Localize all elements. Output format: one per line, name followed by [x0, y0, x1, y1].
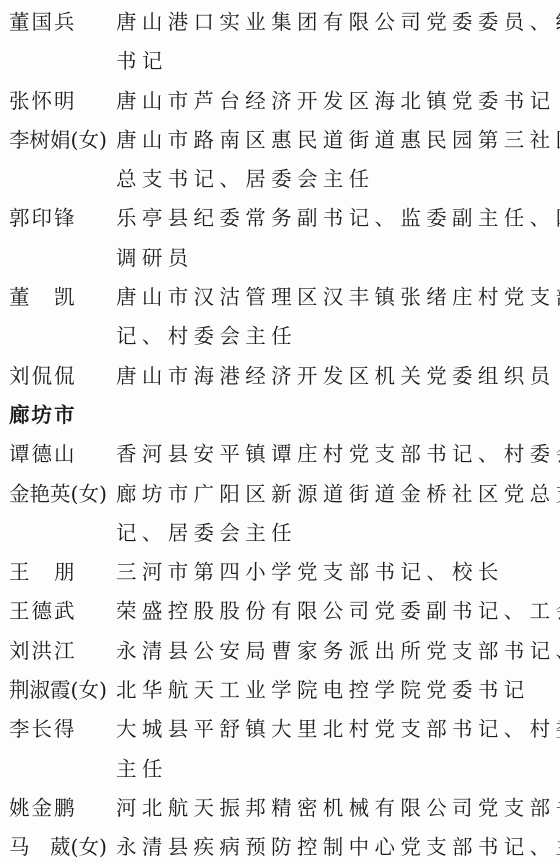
person-name: 刘洪江 — [9, 632, 77, 671]
entry-line-continued: 总支书记、居委会主任 — [0, 160, 560, 199]
person-name: 董国兵 — [9, 3, 77, 42]
person-title: 河北航天振邦精密机械有限公司党支部书记 — [116, 789, 560, 828]
person-name: 姚金鹏 — [9, 789, 77, 828]
person-name: 金艳英(女) — [9, 475, 107, 514]
person-title: 乐亭县纪委常务副书记、监委副主任、四级 — [116, 199, 560, 238]
person-title-continued: 主任 — [116, 750, 168, 789]
person-title: 唐山市海港经济开发区机关党委组织员 — [116, 357, 555, 396]
entry-line: 郭印锋 乐亭县纪委常务副书记、监委副主任、四级 — [0, 199, 560, 238]
entry-line-continued: 记、居委会主任 — [0, 514, 560, 553]
entry-line: 荆淑霞(女) 北华航天工业学院电控学院党委书记 — [0, 671, 560, 710]
entry-line-continued: 书记 — [0, 42, 560, 81]
person-title: 唐山市汉沽管理区汉丰镇张绪庄村党支部书 — [116, 278, 560, 317]
entry-line: 金艳英(女) 廊坊市广阳区新源道街道金桥社区党总支书 — [0, 475, 560, 514]
person-name: 张怀明 — [9, 82, 77, 121]
person-title: 荣盛控股股份有限公司党委副书记、工会主席 — [116, 592, 560, 631]
person-name: 王 朋 — [9, 553, 77, 592]
person-title-continued: 总支书记、居委会主任 — [116, 160, 375, 199]
person-name: 郭印锋 — [9, 199, 77, 238]
person-title-continued: 记、村委会主任 — [116, 317, 297, 356]
person-name: 马 葳(女) — [9, 828, 107, 864]
entry-line: 张怀明 唐山市芦台经济开发区海北镇党委书记 — [0, 82, 560, 121]
entry-line: 王德武 荣盛控股股份有限公司党委副书记、工会主席 — [0, 592, 560, 631]
person-title: 廊坊市广阳区新源道街道金桥社区党总支书 — [116, 475, 560, 514]
person-name: 刘侃侃 — [9, 357, 77, 396]
entry-line: 李树娟(女) 唐山市路南区惠民道街道惠民园第三社区党 — [0, 121, 560, 160]
person-name: 王德武 — [9, 592, 77, 631]
person-title: 唐山市芦台经济开发区海北镇党委书记 — [116, 82, 555, 121]
entry-line-continued: 主任 — [0, 750, 560, 789]
entry-line: 马 葳(女) 永清县疾病预防控制中心党支部书记、主任 — [0, 828, 560, 864]
person-title: 唐山市路南区惠民道街道惠民园第三社区党 — [116, 121, 560, 160]
section-heading: 廊坊市 — [9, 396, 77, 435]
entry-line: 刘侃侃 唐山市海港经济开发区机关党委组织员 — [0, 357, 560, 396]
entry-line: 姚金鹏 河北航天振邦精密机械有限公司党支部书记 — [0, 789, 560, 828]
entry-line: 董 凯 唐山市汉沽管理区汉丰镇张绪庄村党支部书 — [0, 278, 560, 317]
entry-line: 王 朋 三河市第四小学党支部书记、校长 — [0, 553, 560, 592]
entry-line: 李长得 大城县平舒镇大里北村党支部书记、村委会 — [0, 710, 560, 749]
person-title: 北华航天工业学院电控学院党委书记 — [116, 671, 530, 710]
person-name: 荆淑霞(女) — [9, 671, 107, 710]
person-title: 三河市第四小学党支部书记、校长 — [116, 553, 504, 592]
person-name: 李长得 — [9, 710, 77, 749]
person-name: 董 凯 — [9, 278, 77, 317]
person-title: 永清县公安局曹家务派出所党支部书记、所长 — [116, 632, 560, 671]
entry-line: 董国兵 唐山港口实业集团有限公司党委委员、纪委 — [0, 3, 560, 42]
entry-line: 谭德山 香河县安平镇谭庄村党支部书记、村委会主任 — [0, 435, 560, 474]
section-heading-line: 廊坊市 — [0, 396, 560, 435]
person-title-continued: 书记 — [116, 42, 168, 81]
entry-line: 刘洪江 永清县公安局曹家务派出所党支部书记、所长 — [0, 632, 560, 671]
person-name: 谭德山 — [9, 435, 77, 474]
person-title-continued: 记、居委会主任 — [116, 514, 297, 553]
person-title-continued: 调研员 — [116, 239, 194, 278]
person-title: 永清县疾病预防控制中心党支部书记、主任 — [116, 828, 560, 864]
person-title: 大城县平舒镇大里北村党支部书记、村委会 — [116, 710, 560, 749]
person-title: 唐山港口实业集团有限公司党委委员、纪委 — [116, 3, 560, 42]
person-title: 香河县安平镇谭庄村党支部书记、村委会主任 — [116, 435, 560, 474]
entry-line-continued: 记、村委会主任 — [0, 317, 560, 356]
entry-line-continued: 调研员 — [0, 239, 560, 278]
document-page: 董国兵 唐山港口实业集团有限公司党委委员、纪委 书记 张怀明 唐山市芦台经济开发… — [0, 3, 560, 864]
person-name: 李树娟(女) — [9, 121, 107, 160]
